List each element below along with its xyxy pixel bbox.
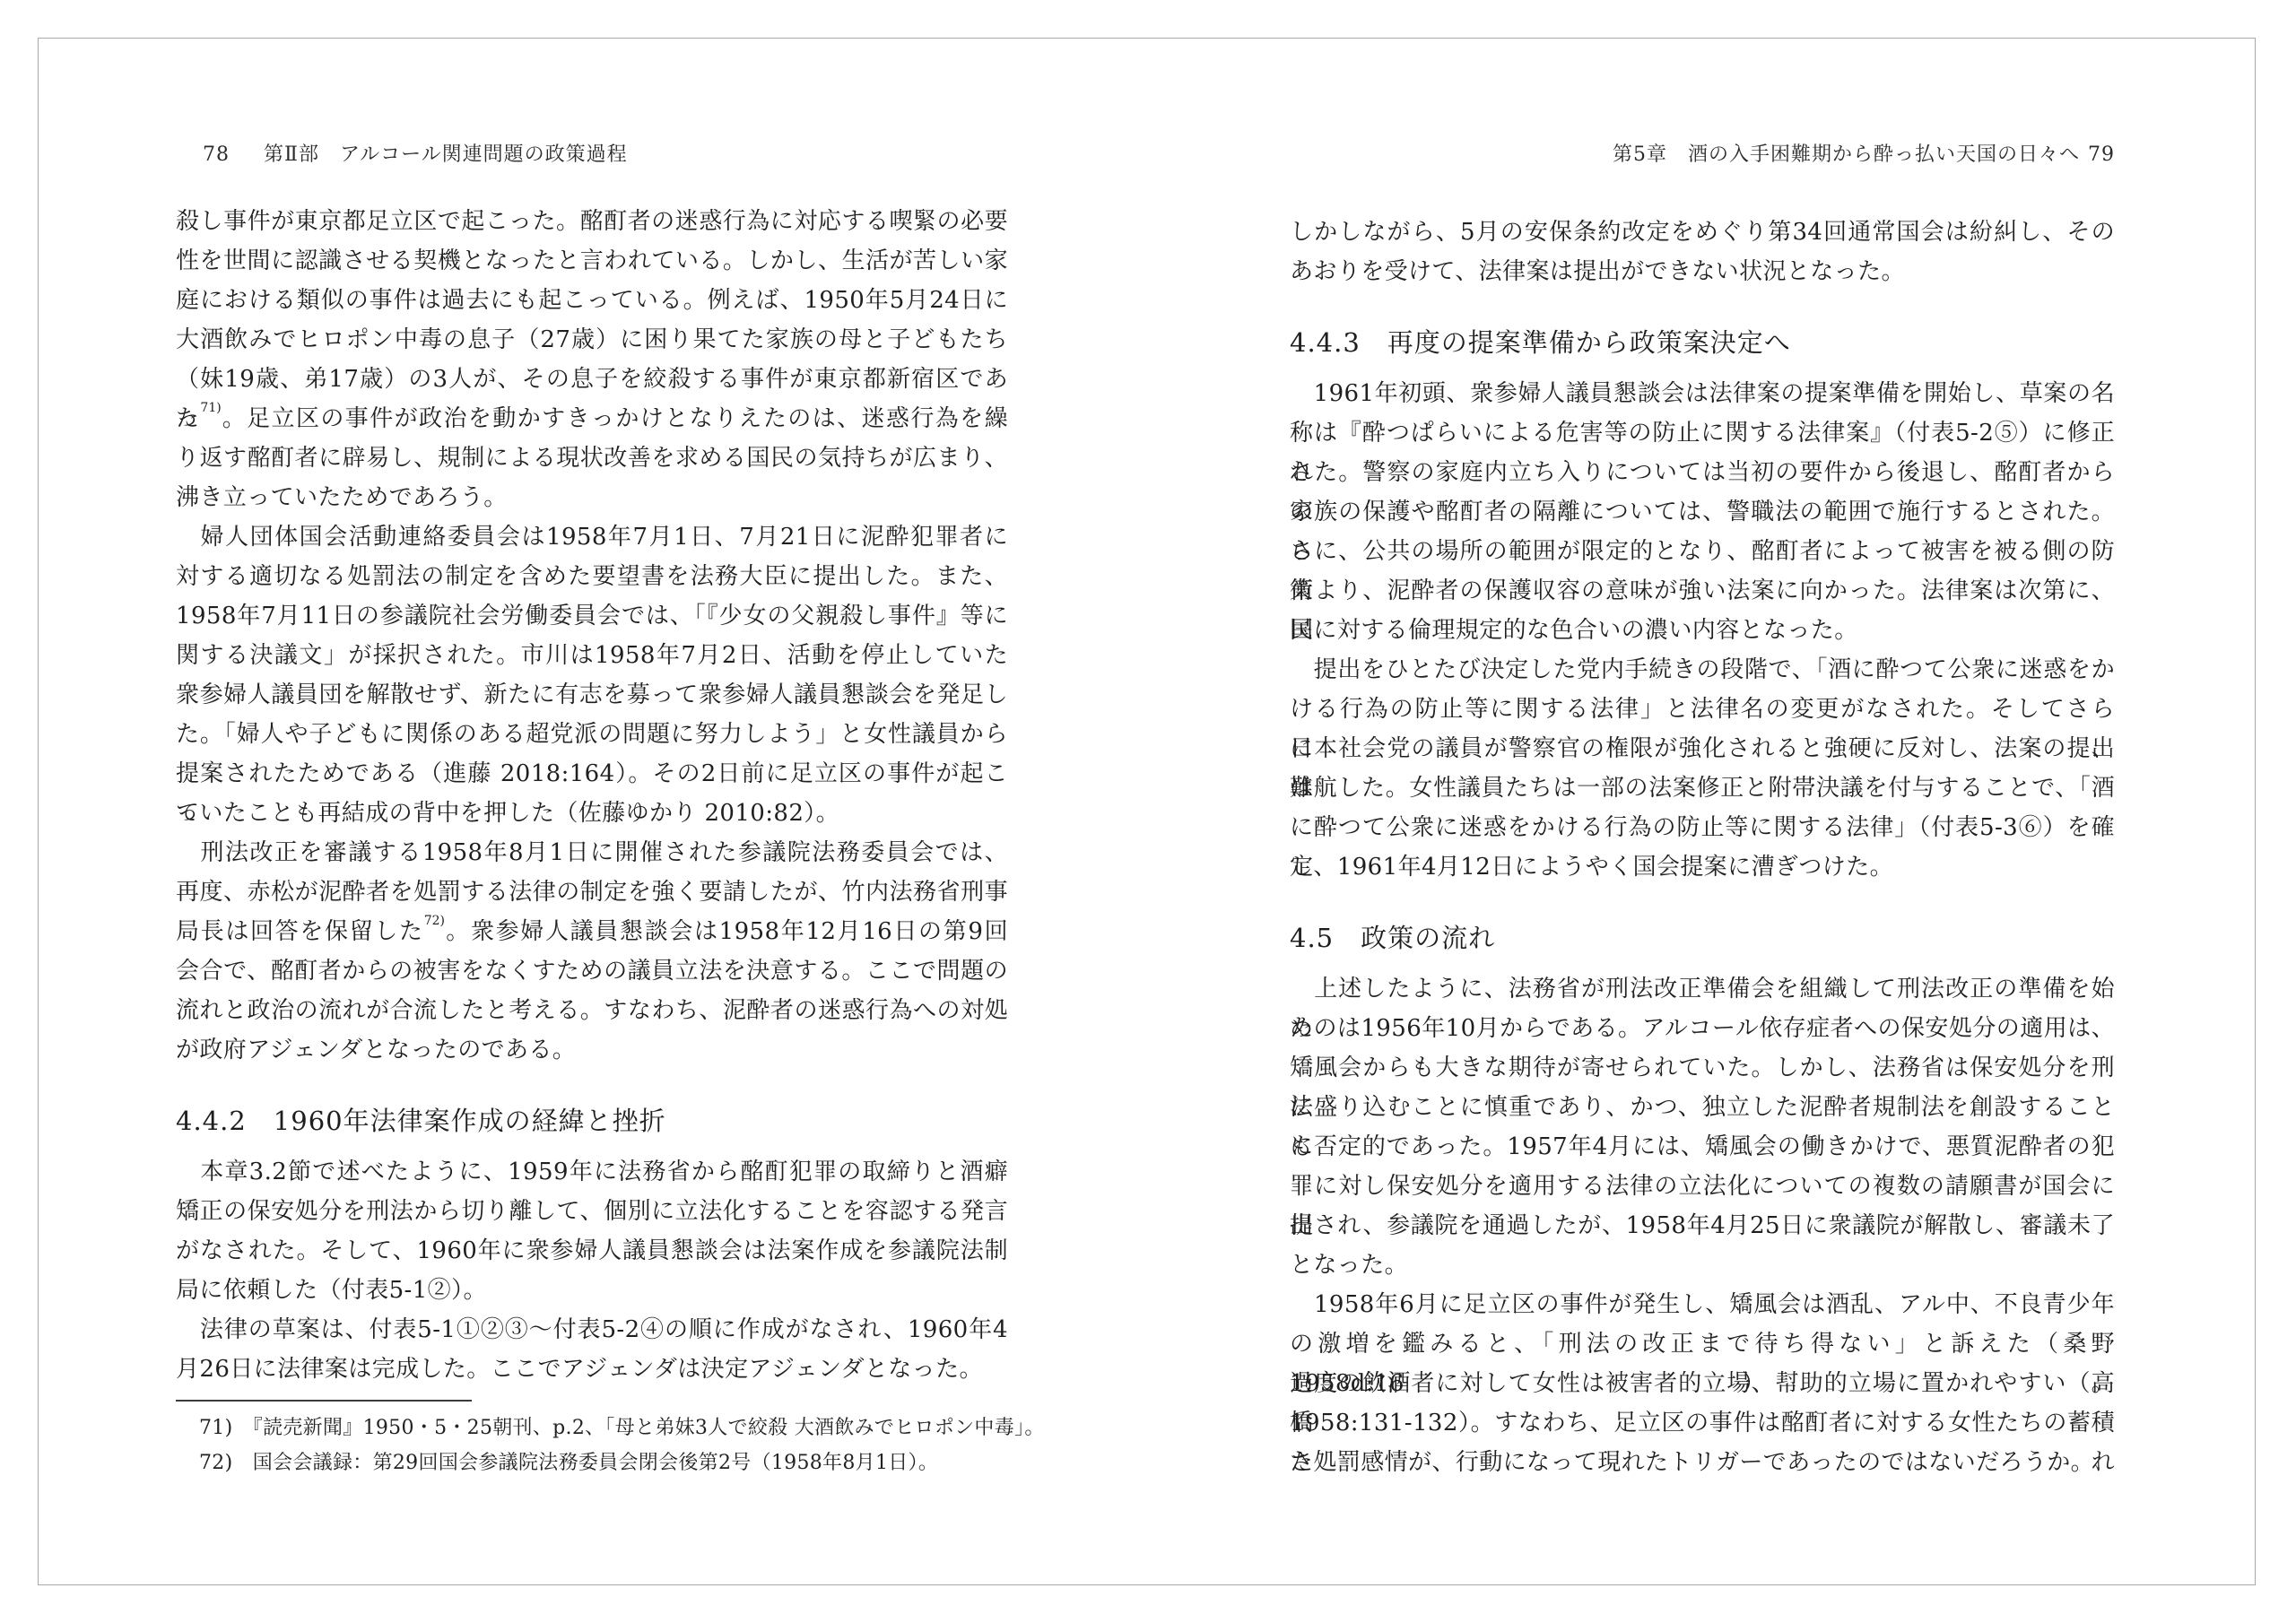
right-running-title: 第5章 酒の入手困難期から酔っ払い天国の日々へ (1613, 141, 2080, 169)
text-line: となった。 (1290, 1245, 2115, 1285)
text-line: が政府アジェンダとなったのである。 (176, 1030, 1008, 1070)
text-line: あおりを受けて、法律案は提出ができない状況となった。 (1290, 252, 2115, 291)
footnote-reference: 71) (200, 401, 221, 415)
paragraph: 殺し事件が東京都足立区で起こった。酩酊者の迷惑行為に対応する喫緊の必要性を世間に… (176, 202, 1008, 517)
text-line: 提出をひとたび決定した党内手続きの段階で、「酒に酔つて公衆に迷惑をか (1290, 650, 2115, 690)
footnote-rule (176, 1400, 472, 1402)
text-line: ていたことも再結成の背中を押した（佐藤ゆかり 2010:82）。 (176, 794, 1008, 833)
text-line: 提案されたためである（進藤 2018:164）。その2日前に足立区の事件が起こっ (176, 754, 1008, 794)
text-line: た。「婦人や子どもに関係のある超党派の問題に努力しよう」と女性議員から (176, 715, 1008, 754)
left-page-text-column: 殺し事件が東京都足立区で起こった。酩酊者の迷惑行為に対応する喫緊の必要性を世間に… (176, 202, 1008, 1480)
text-line: （妹19歳、弟17歳）の3人が、その息子を絞殺する事件が東京都新宿区であっ (176, 360, 1008, 399)
text-line: の激増を鑑みると、「刑法の改正まで待ち得ない」と訴えた（桑野 1958d:16）… (1290, 1324, 2115, 1364)
paragraph: 1961年初頭、衆参婦人議員懇談会は法律案の提案準備を開始し、草案の名称は『酔つ… (1290, 374, 2115, 650)
text-line: た処罰感情が、行動になって現れたトリガーであったのではないだろうか。 (1290, 1443, 2115, 1482)
text-line: に盛り込むことに慎重であり、かつ、独立した泥酔者規制法を創設することに (1290, 1088, 2115, 1127)
book-spread-scan: 78 第Ⅱ部 アルコール関連問題の政策過程 第5章 酒の入手困難期から酔っ払い天… (38, 38, 2256, 1585)
text-line: 衆参婦人議員団を解散せず、新たに有志を募って衆参婦人議員懇談会を発足し (176, 675, 1008, 715)
section-heading: 4.4.3 再度の提案準備から政策案決定へ (1290, 322, 2115, 363)
text-line: 再度、赤松が泥酔者を処罰する法律の制定を強く要請したが、竹内法務省刑事 (176, 872, 1008, 912)
text-line: ける行為の防止等に関する法律」と法律名の変更がなされた。そしてさらに、 (1290, 690, 2115, 729)
text-line: 民に対する倫理規定的な色合いの濃い内容となった。 (1290, 611, 2115, 650)
paragraph: 婦人団体国会活動連絡委員会は1958年7月1日、7月21日に泥酔犯罪者に対する適… (176, 517, 1008, 833)
right-page-text-column: しかしながら、5月の安保条約改定をめぐり第34回通常国会は紛糾し、そのあおりを受… (1290, 213, 2115, 1482)
text-line: 1958:131-132）。すなわち、足立区の事件は酩酊者に対する女性たちの蓄積… (1290, 1403, 2115, 1443)
text-line: らに、公共の場所の範囲が限定的となり、酩酊者によって被害を被る側の防衛 (1290, 532, 2115, 571)
section-heading: 4.4.2 1960年法律案作成の経緯と挫折 (176, 1100, 1008, 1141)
text-line: 対する適切なる処罰法の制定を含めた要望書を法務大臣に提出した。また、 (176, 557, 1008, 596)
paragraph: 上述したように、法務省が刑法改正準備会を組織して刑法改正の準備を始めたのは195… (1290, 969, 2115, 1285)
text-line: 法律の草案は、付表5-1①②③〜付表5-2④の順に作成がなされ、1960年4 (176, 1310, 1008, 1350)
text-line: れた。警察の家庭内立ち入りについては当初の要件から後退し、酩酊者からの (1290, 453, 2115, 492)
text-line: 1958年7月11日の参議院社会労働委員会では、「『少女の父親殺し事件』等に (176, 596, 1008, 636)
text-line: 矯正の保安処分を刑法から切り離して、個別に立法化することを容認する発言 (176, 1192, 1008, 1231)
text-line: 罪に対し保安処分を適用する法律の立法化についての複数の請願書が国会に提 (1290, 1167, 2115, 1206)
footnote: 71) 『読売新聞』1950・5・25朝刊、p.2、「母と弟妹3人で絞殺 大酒飲… (176, 1410, 1008, 1445)
text-line: がなされた。そして、1960年に衆参婦人議員懇談会は法案作成を参議院法制 (176, 1231, 1008, 1271)
text-line: 性を世間に認識させる契機となったと言われている。しかし、生活が苦しい家 (176, 241, 1008, 281)
text-line: 月26日に法律案は完成した。ここでアジェンダは決定アジェンダとなった。 (176, 1350, 1008, 1389)
footnote: 72) 国会会議録：第29回国会参議院法務委員会閉会後第2号（1958年8月1日… (176, 1445, 1008, 1480)
paragraph: 提出をひとたび決定した党内手続きの段階で、「酒に酔つて公衆に迷惑をかける行為の防… (1290, 650, 2115, 887)
paragraph: 刑法改正を審議する1958年8月1日に開催された参議院法務委員会では、再度、赤松… (176, 833, 1008, 1070)
left-page-number: 78 (203, 141, 230, 169)
text-line: 局長は回答を保留した72)。衆参婦人議員懇談会は1958年12月16日の第9回 (176, 912, 1008, 951)
text-line: し、1961年4月12日にようやく国会提案に漕ぎつけた。 (1290, 847, 2115, 887)
text-line: 過度の飲酒者に対して女性は被害者的立場、幇助的立場に置かれやすい（高橋 (1290, 1364, 2115, 1403)
right-page-body: しかしながら、5月の安保条約改定をめぐり第34回通常国会は紛糾し、そのあおりを受… (1290, 213, 2115, 1482)
text-line: 殺し事件が東京都足立区で起こった。酩酊者の迷惑行為に対応する喫緊の必要 (176, 202, 1008, 241)
text-line: 称は『酔つぱらいによる危害等の防止に関する法律案』（付表5-2⑤）に修正さ (1290, 413, 2115, 453)
text-line: 1958年6月に足立区の事件が発生し、矯風会は酒乱、アル中、不良青少年 (1290, 1285, 2115, 1324)
text-line: 策より、泥酔者の保護収容の意味が強い法案に向かった。法律案は次第に、国 (1290, 571, 2115, 611)
text-line: 大酒飲みでヒロポン中毒の息子（27歳）に困り果てた家族の母と子どもたち (176, 320, 1008, 360)
text-line: 庭における類似の事件は過去にも起こっている。例えば、1950年5月24日に (176, 281, 1008, 320)
text-line: 家族の保護や酩酊者の隔離については、警職法の範囲で施行するとされた。さ (1290, 492, 2115, 532)
right-page-number: 79 (2088, 141, 2115, 169)
text-line: たのは1956年10月からである。アルコール依存症者への保安処分の適用は、 (1290, 1009, 2115, 1048)
paragraph: 法律の草案は、付表5-1①②③〜付表5-2④の順に作成がなされ、1960年4月2… (176, 1310, 1008, 1389)
text-line: 婦人団体国会活動連絡委員会は1958年7月1日、7月21日に泥酔犯罪者に (176, 517, 1008, 557)
text-line: 本章3.2節で述べたように、1959年に法務省から酩酊犯罪の取締りと酒癖 (176, 1152, 1008, 1192)
text-line: 刑法改正を審議する1958年8月1日に開催された参議院法務委員会では、 (176, 833, 1008, 872)
text-line: 出され、参議院を通過したが、1958年4月25日に衆議院が解散し、審議未了 (1290, 1206, 2115, 1245)
text-line: 流れと政治の流れが合流したと考える。すなわち、泥酔者の迷惑行為への対処 (176, 991, 1008, 1030)
left-page-body: 殺し事件が東京都足立区で起こった。酩酊者の迷惑行為に対応する喫緊の必要性を世間に… (176, 202, 1008, 1389)
text-line: り返す酩酊者に辟易し、規制による現状改善を求める国民の気持ちが広まり、 (176, 438, 1008, 478)
footnote-block: 71) 『読売新聞』1950・5・25朝刊、p.2、「母と弟妹3人で絞殺 大酒飲… (176, 1400, 1008, 1480)
text-line: に酔つて公衆に迷惑をかける行為の防止等に関する法律」（付表5-3⑥）を確定 (1290, 808, 2115, 847)
left-running-title: 第Ⅱ部 アルコール関連問題の政策過程 (264, 141, 628, 169)
text-line: 1961年初頭、衆参婦人議員懇談会は法律案の提案準備を開始し、草案の名 (1290, 374, 2115, 413)
paragraph: しかしながら、5月の安保条約改定をめぐり第34回通常国会は紛糾し、そのあおりを受… (1290, 213, 2115, 291)
text-line: 日本社会党の議員が警察官の権限が強化されると強硬に反対し、法案の提出は (1290, 729, 2115, 768)
text-line: も否定的であった。1957年4月には、矯風会の働きかけで、悪質泥酔者の犯 (1290, 1127, 2115, 1167)
text-line: 関する決議文」が採択された。市川は1958年7月2日、活動を停止していた (176, 636, 1008, 675)
footnote-list: 71) 『読売新聞』1950・5・25朝刊、p.2、「母と弟妹3人で絞殺 大酒飲… (176, 1410, 1008, 1480)
text-line: 沸き立っていたためであろう。 (176, 478, 1008, 517)
section-heading: 4.5 政策の流れ (1290, 917, 2115, 959)
paragraph: 1958年6月に足立区の事件が発生し、矯風会は酒乱、アル中、不良青少年の激増を鑑… (1290, 1285, 2115, 1482)
paragraph: 本章3.2節で述べたように、1959年に法務省から酩酊犯罪の取締りと酒癖矯正の保… (176, 1152, 1008, 1310)
text-line: 矯風会からも大きな期待が寄せられていた。しかし、法務省は保安処分を刑法 (1290, 1048, 2115, 1088)
text-line: た71)。足立区の事件が政治を動かすきっかけとなりえたのは、迷惑行為を繰 (176, 399, 1008, 438)
text-line: 難航した。女性議員たちは一部の法案修正と附帯決議を付与することで、「酒 (1290, 768, 2115, 808)
text-line: しかしながら、5月の安保条約改定をめぐり第34回通常国会は紛糾し、その (1290, 213, 2115, 252)
text-line: 会合で、酩酊者からの被害をなくすための議員立法を決意する。ここで問題の (176, 951, 1008, 991)
text-line: 上述したように、法務省が刑法改正準備会を組織して刑法改正の準備を始め (1290, 969, 2115, 1009)
footnote-reference: 72) (424, 914, 445, 928)
text-line: 局に依頼した（付表5-1②）。 (176, 1271, 1008, 1310)
